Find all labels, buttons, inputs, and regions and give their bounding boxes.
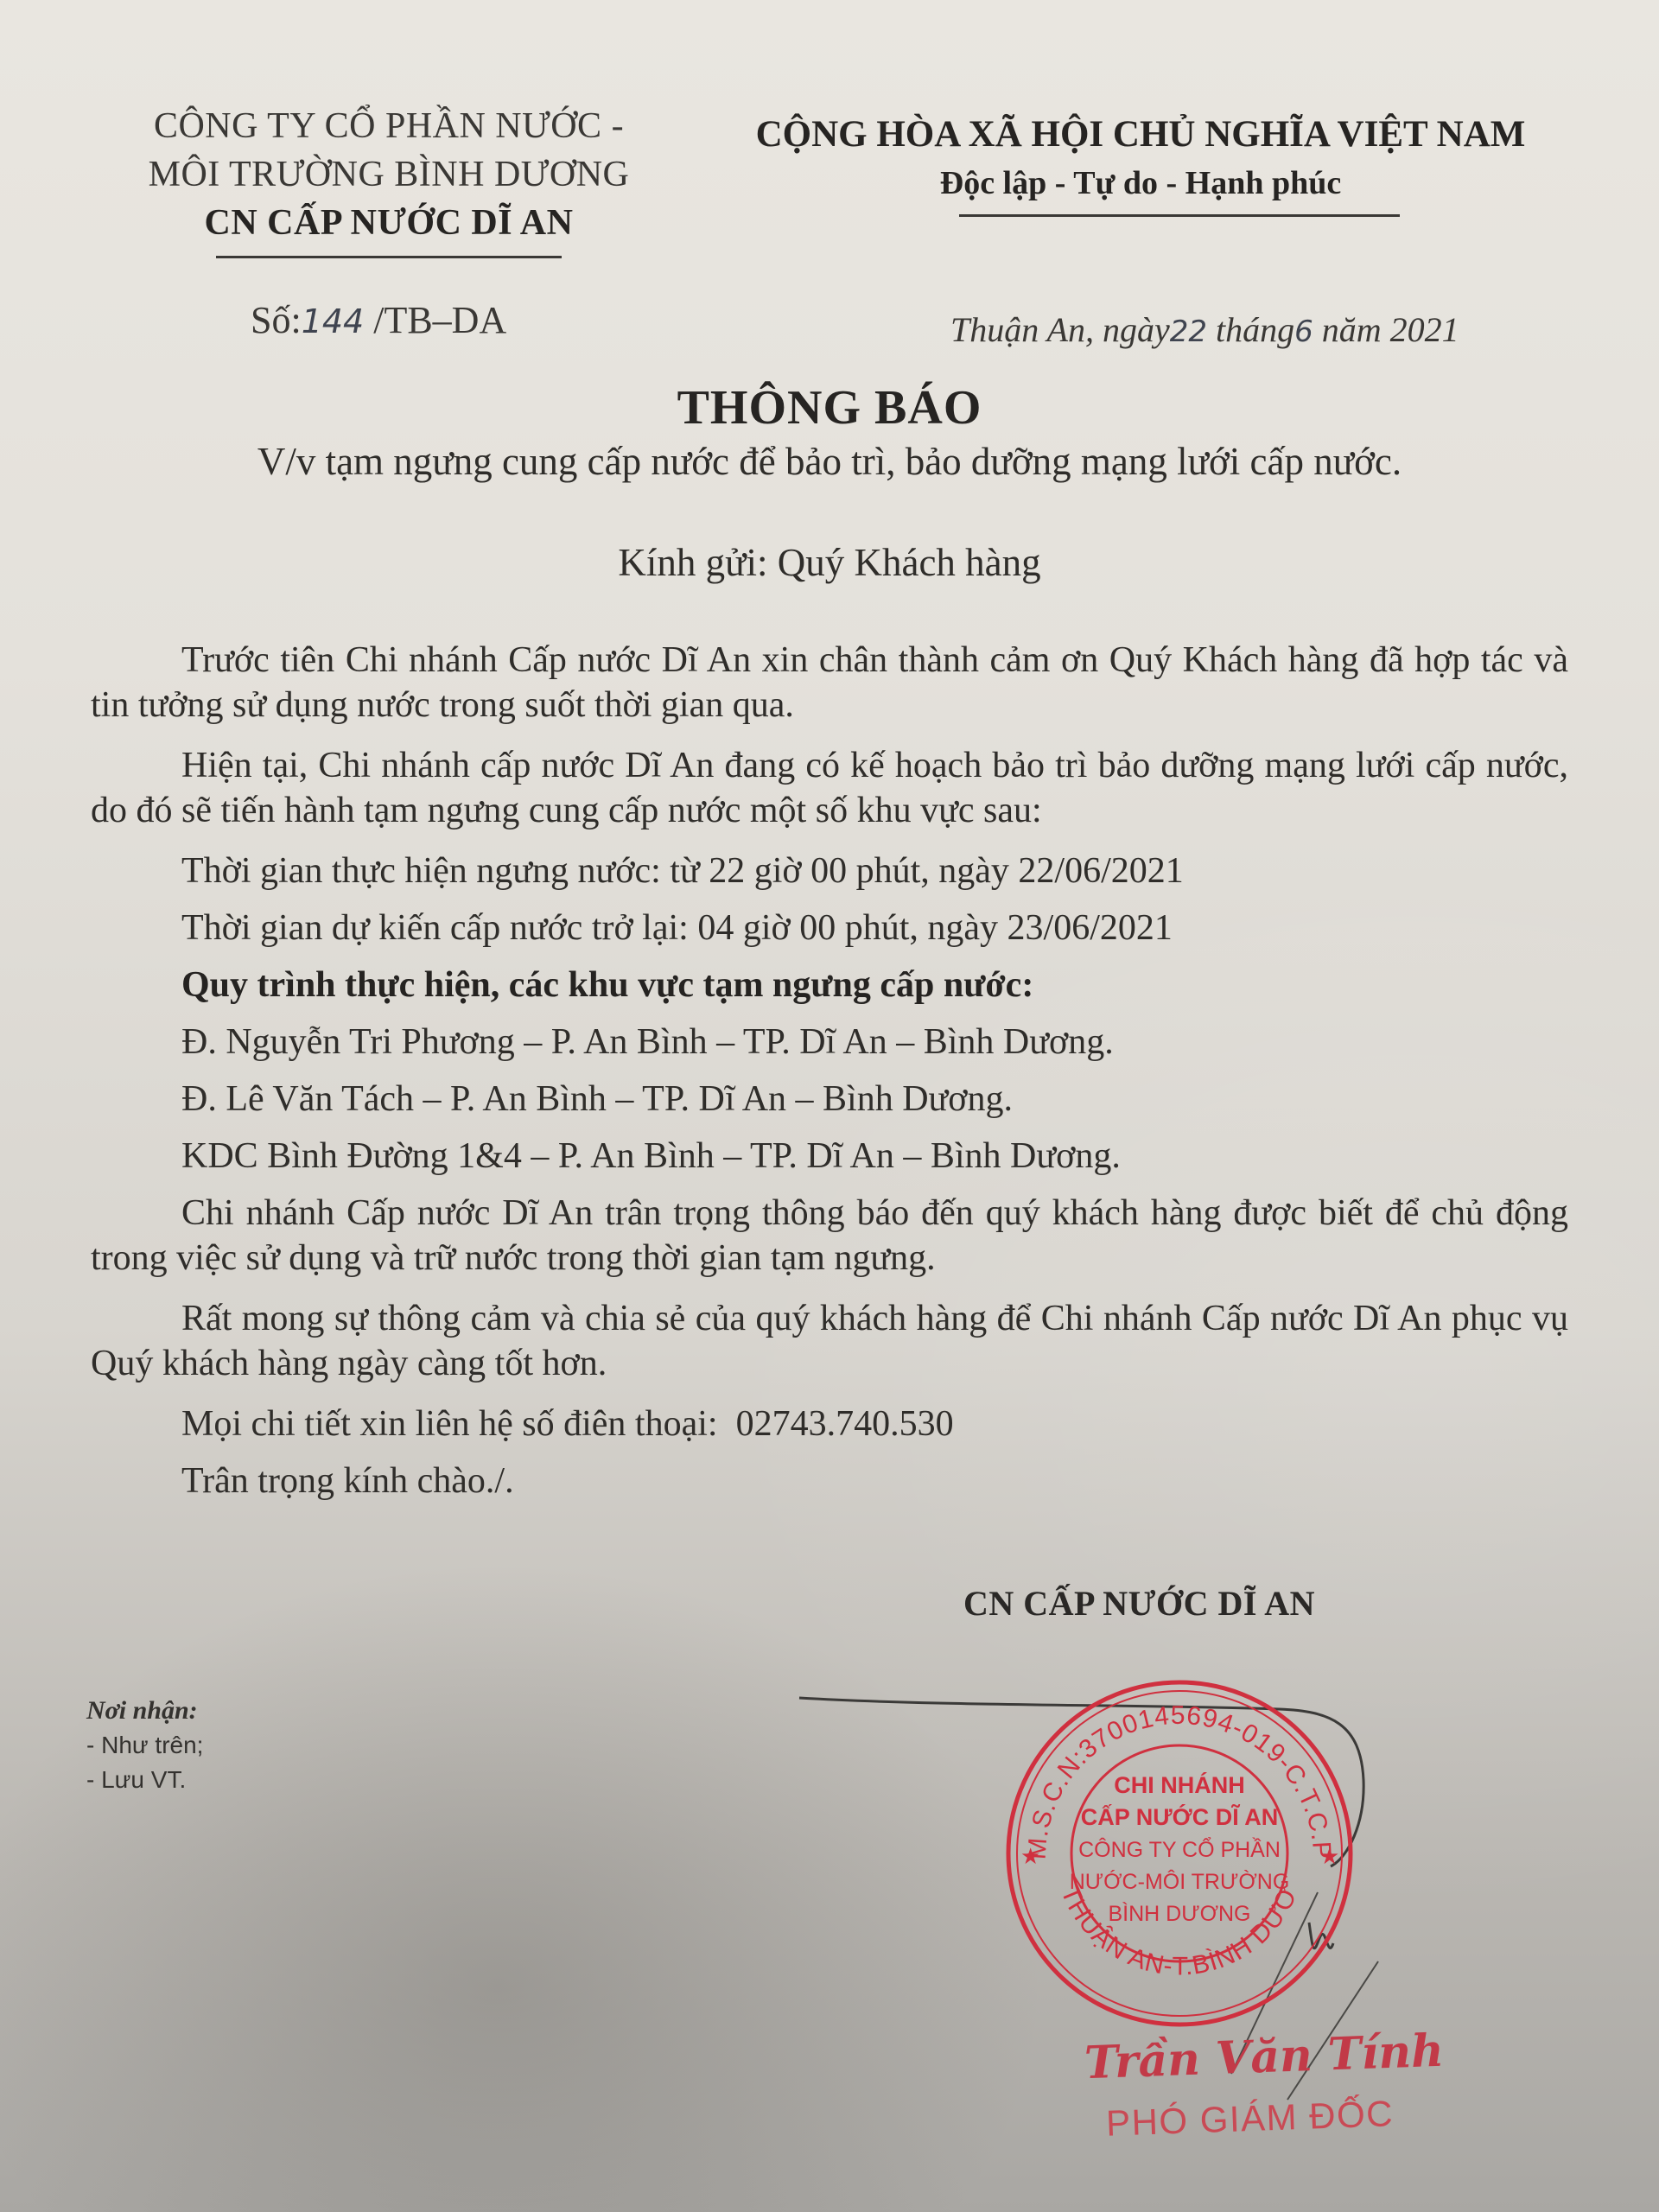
recipient-item: - Lưu VT. (86, 1763, 203, 1797)
resume-time: Thời gian dự kiến cấp nước trở lại: 04 g… (181, 906, 1568, 950)
signer-title: PHÓ GIÁM ĐỐC (1105, 2093, 1395, 2145)
motto-underline (959, 214, 1400, 217)
date-year: năm 2021 (1322, 310, 1459, 349)
date-month-label: tháng (1216, 310, 1294, 349)
recipients-block: Nơi nhận: - Như trên; - Lưu VT. (86, 1694, 203, 1797)
doc-number-prefix: Số: (251, 299, 302, 341)
date-place: Thuận An, ngày (950, 310, 1170, 349)
contact-line: Mọi chi tiết xin liên hệ số điên thoại: … (181, 1402, 1568, 1446)
contact-phone: 02743.740.530 (736, 1404, 954, 1444)
stamp-center-line: CÔNG TY CỔ PHẦN (1078, 1836, 1281, 1862)
signer-name: Trần Văn Tính (1084, 2024, 1445, 2089)
date-line: Thuận An, ngày22 tháng6 năm 2021 (950, 309, 1459, 350)
svg-text:★: ★ (1020, 1843, 1040, 1869)
national-title: CỘNG HÒA XÃ HỘI CHỦ NGHĨA VIỆT NAM (709, 111, 1573, 159)
issuer-company-line1: CÔNG TY CỔ PHẦN NƯỚC - (112, 102, 665, 150)
svg-text:★: ★ (1319, 1843, 1339, 1869)
issuer-header: CÔNG TY CỔ PHẦN NƯỚC - MÔI TRƯỜNG BÌNH D… (112, 102, 665, 258)
closing: Trân trọng kính chào./. (181, 1459, 1568, 1503)
area-item: Đ. Lê Văn Tách – P. An Bình – TP. Dĩ An … (181, 1077, 1568, 1122)
date-month-handwritten: 6 (1294, 315, 1313, 349)
document-title: THÔNG BÁO (0, 380, 1659, 435)
national-header: CỘNG HÒA XÃ HỘI CHỦ NGHĨA VIỆT NAM Độc l… (709, 111, 1573, 217)
stamp-center-line: CHI NHÁNH (1114, 1771, 1245, 1798)
document-subject: V/v tạm ngưng cung cấp nước để bảo trì, … (0, 439, 1659, 484)
issuer-branch: CN CẤP NƯỚC DĨ AN (112, 199, 665, 247)
date-day-handwritten: 22 (1170, 315, 1207, 349)
stamp-center-line: NƯỚC-MÔI TRƯỜNG (1070, 1869, 1290, 1894)
paragraph-apology: Rất mong sự thông cảm và chia sẻ của quý… (91, 1296, 1568, 1386)
paragraph-thanks: Trước tiên Chi nhánh Cấp nước Dĩ An xin … (91, 638, 1568, 728)
paragraph-notice: Chi nhánh Cấp nước Dĩ An trân trọng thôn… (91, 1191, 1568, 1281)
area-item: Đ. Nguyễn Tri Phương – P. An Bình – TP. … (181, 1020, 1568, 1065)
stamp-center-line: CẤP NƯỚC DĨ AN (1081, 1803, 1278, 1830)
paragraph-plan: Hiện tại, Chi nhánh cấp nước Dĩ An đang … (91, 743, 1568, 833)
recipients-heading: Nơi nhận: (86, 1694, 203, 1728)
stamp-center-line: BÌNH DƯƠNG (1108, 1901, 1250, 1926)
official-stamp: M.S.C.N:3700145694-019-C.T.C.P TP.THUẬN … (998, 1672, 1361, 2035)
document-body: Trước tiên Chi nhánh Cấp nước Dĩ An xin … (91, 638, 1568, 1516)
document-number: Số:144 /TB–DA (251, 298, 506, 342)
national-motto: Độc lập - Tự do - Hạnh phúc (709, 159, 1573, 207)
area-item: KDC Bình Đường 1&4 – P. An Bình – TP. Dĩ… (181, 1134, 1568, 1179)
greeting: Kính gửi: Quý Khách hàng (0, 540, 1659, 585)
recipient-item: - Như trên; (86, 1728, 203, 1763)
areas-heading: Quy trình thực hiện, các khu vực tạm ngư… (181, 963, 1568, 1007)
contact-label: Mọi chi tiết xin liên hệ số điên thoại: (181, 1404, 718, 1444)
doc-number-suffix: /TB–DA (364, 299, 506, 341)
issuer-underline (216, 256, 562, 258)
stop-time: Thời gian thực hiện ngưng nước: từ 22 gi… (181, 849, 1568, 893)
signer-organization: CN CẤP NƯỚC DĨ AN (963, 1583, 1315, 1624)
issuer-company-line2: MÔI TRƯỜNG BÌNH DƯƠNG (112, 150, 665, 199)
doc-number-handwritten: 144 (302, 302, 365, 340)
